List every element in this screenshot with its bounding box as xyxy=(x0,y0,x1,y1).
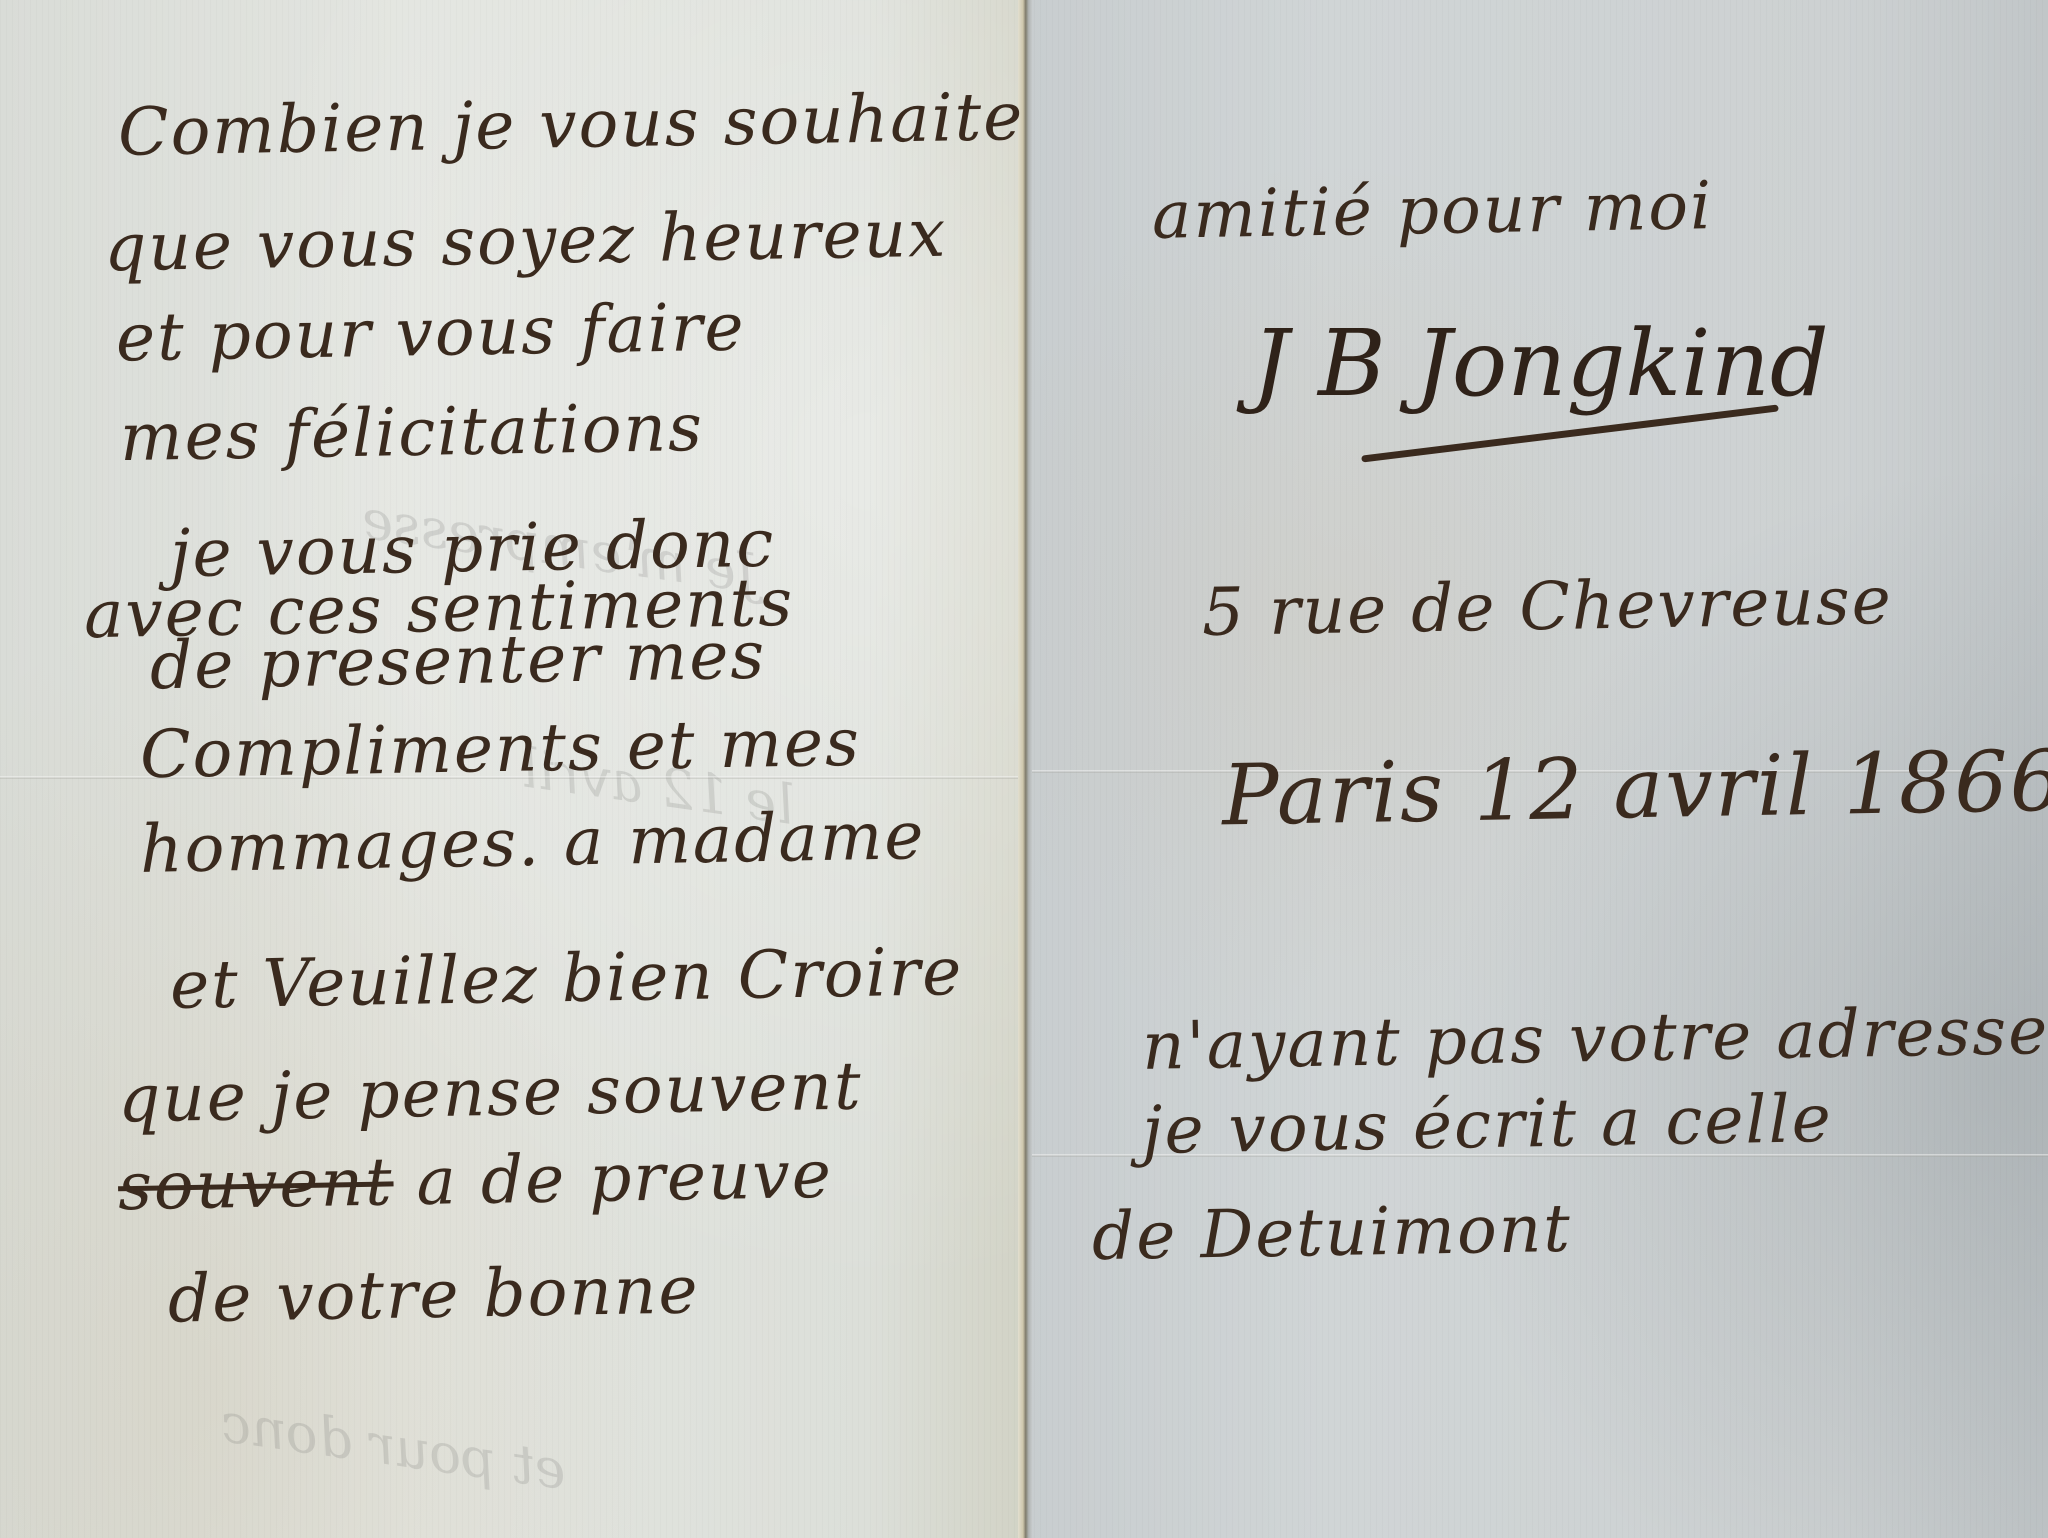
struck-word: souvent xyxy=(117,1143,394,1225)
letter-line: que vous soyez heureux xyxy=(103,201,947,282)
left-page: Je m'empresse le 12 avril et pour donc C… xyxy=(0,0,1022,1538)
letter-line: mes félicitations xyxy=(119,395,704,471)
letter-line: et Veuillez bien Croire xyxy=(169,939,963,1019)
letter-line-text: a de preuve xyxy=(416,1136,834,1220)
signature: J B Jongkind xyxy=(1252,318,1829,410)
letter-line: Combien je vous souhaite xyxy=(117,84,1022,166)
letter-line: Compliments et mes xyxy=(139,710,861,789)
address-line: 5 rue de Chevreuse xyxy=(1201,568,1893,646)
letter-line: de presenter mes xyxy=(149,623,766,700)
center-fold xyxy=(1018,0,1032,1538)
right-page: amitié pour moi J B Jongkind 5 rue de Ch… xyxy=(1022,0,2048,1538)
place-date-line: Paris 12 avril 1866 xyxy=(1221,739,2048,838)
letter-line: que je pense souvent xyxy=(117,1054,863,1133)
postscript-line: je vous écrit a celle xyxy=(1141,1086,1833,1164)
postscript-line: n'ayant pas votre adresse xyxy=(1141,998,2048,1080)
postscript-line: de Detuimont xyxy=(1091,1196,1572,1270)
letter-line: de votre bonne xyxy=(167,1257,700,1332)
closing-line: amitié pour moi xyxy=(1151,173,1713,249)
letter-line-with-strikeout: souvent a de preuve xyxy=(117,1142,833,1220)
letter-line: hommages. a madame xyxy=(139,803,925,883)
letter-line: et pour vous faire xyxy=(115,295,746,372)
letter-sheet: Je m'empresse le 12 avril et pour donc C… xyxy=(0,0,2048,1538)
